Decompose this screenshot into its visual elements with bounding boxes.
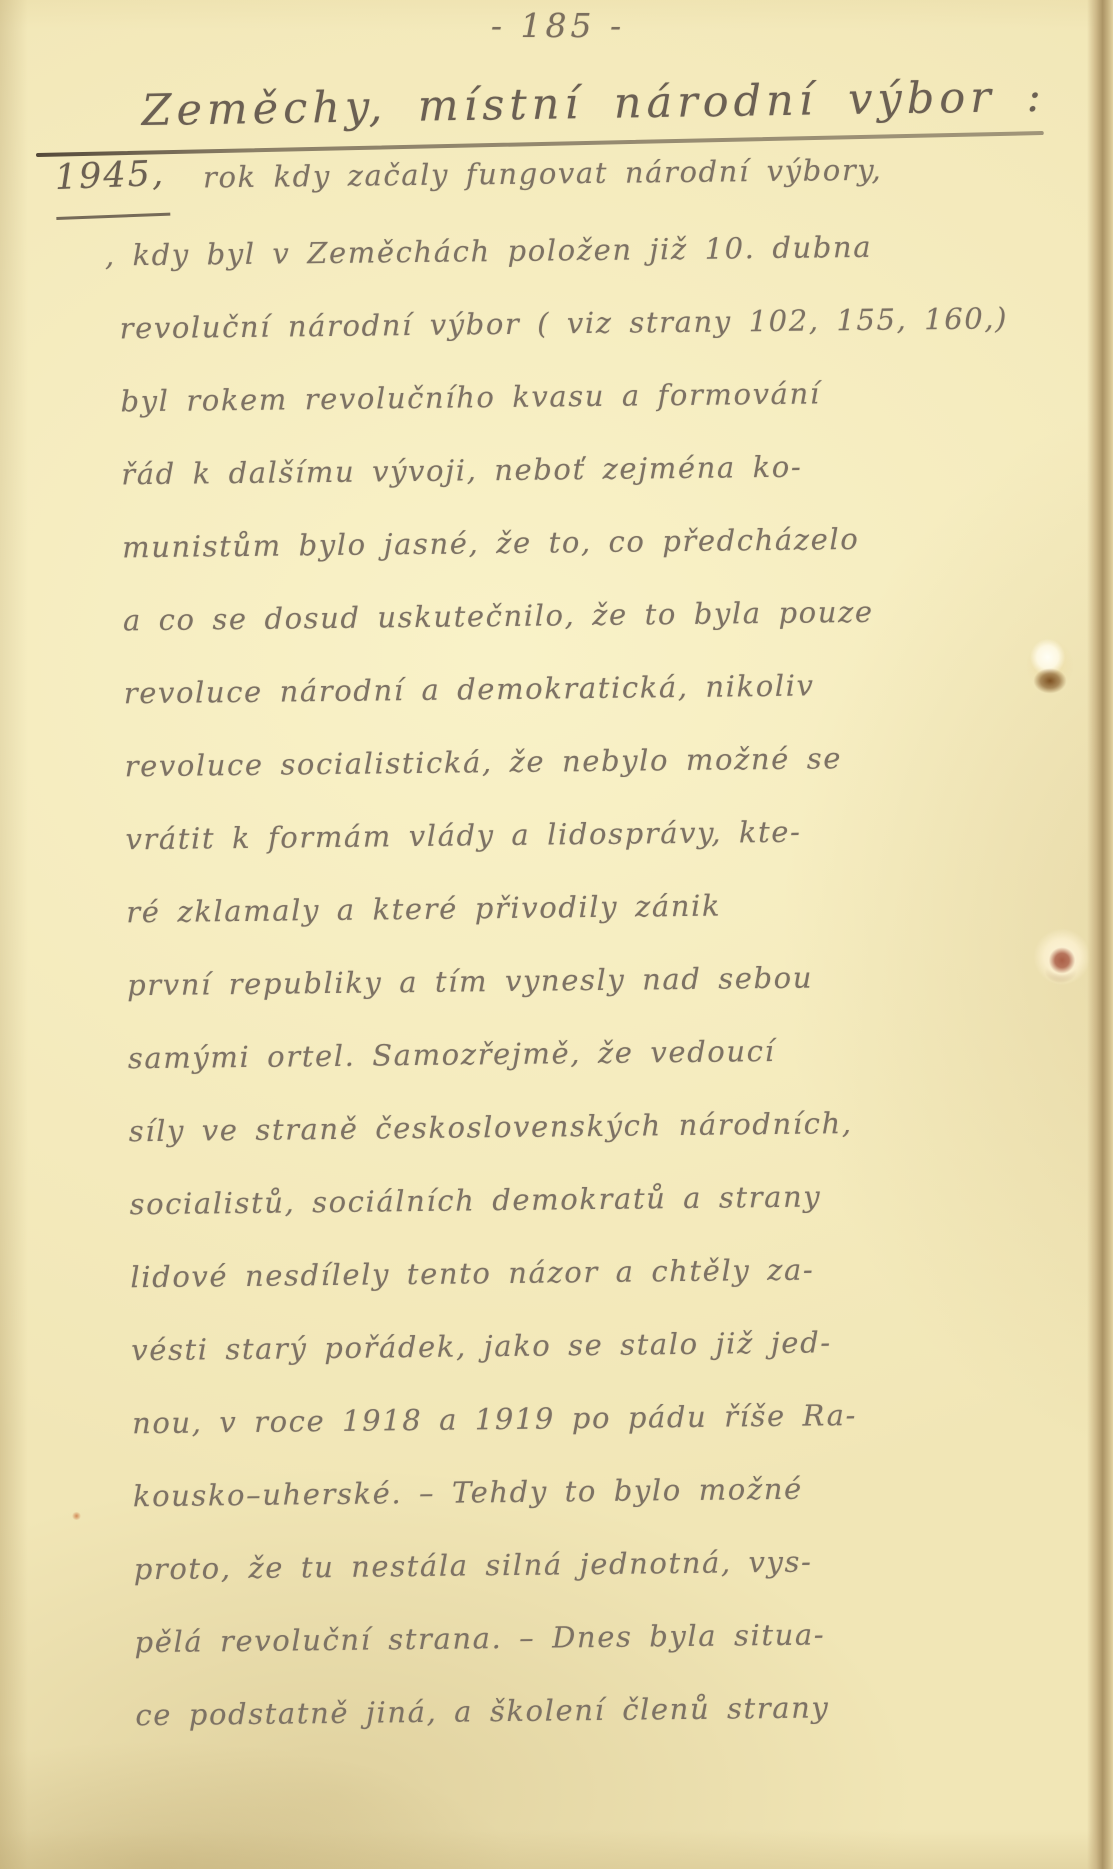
text-line: první republiky a tím vynesly nad sebou [127, 938, 1113, 1022]
text-line: ré zklamaly a které přivodily zánik [126, 865, 1113, 949]
page-number: - 185 - [408, 6, 708, 45]
text-line: síly ve straně československých národníc… [128, 1084, 1113, 1168]
text-line: revoluce socialistická, že nebylo možné … [124, 719, 1113, 803]
page-edge [1087, 0, 1113, 1869]
text-line: a co se dosud uskutečnilo, že to byla po… [123, 573, 1113, 657]
text-line: pělá revoluční strana. – Dnes byla situa… [134, 1595, 1113, 1679]
text-line: řád k dalšímu vývoji, neboť zejména ko- [121, 427, 1113, 511]
text-line: nou, v roce 1918 a 1919 po pádu říše Ra- [132, 1376, 1113, 1460]
text-line: proto, že tu nestála silná jednotná, vys… [133, 1522, 1113, 1606]
paper-stain-dot [72, 1512, 81, 1520]
text-line: vésti starý pořádek, jako se stalo již j… [131, 1303, 1113, 1387]
text-line: samými ortel. Samozřejmě, že vedoucí [128, 1011, 1113, 1095]
text-line-content: rok kdy začaly fungovat národní výbory, [203, 153, 883, 195]
text-line: lidové nesdílely tento názor a chtěly za… [130, 1230, 1113, 1314]
text-line: revoluce národní a demokratická, nikoliv [123, 646, 1113, 730]
text-line: , kdy byl v Zeměchách položen již 10. du… [104, 208, 1113, 292]
handwriting-body: 1945, rok kdy začaly fungovat národní vý… [0, 130, 1113, 1754]
year-emphasis: 1945, [53, 138, 170, 220]
text-line: byl rokem revolučního kvasu a formování [120, 354, 1113, 438]
chronicle-page: - 185 - Zeměchy, místní národní výbor : … [0, 0, 1113, 1869]
text-line: socialistů, sociálních demokratů a stran… [129, 1157, 1113, 1241]
text-line: revoluční národní výbor ( viz strany 102… [119, 281, 1113, 365]
text-line: vrátit k formám vlády a lidosprávy, kte- [125, 792, 1113, 876]
text-line: kousko–uherské. – Tehdy to bylo možné [133, 1449, 1113, 1533]
text-line: 1945, rok kdy začaly fungovat národní vý… [56, 130, 1113, 220]
page-title: Zeměchy, místní národní výbor : [141, 72, 1046, 136]
text-line: munistům bylo jasné, že to, co předcháze… [122, 500, 1113, 584]
paper-smudge [0, 1740, 520, 1869]
